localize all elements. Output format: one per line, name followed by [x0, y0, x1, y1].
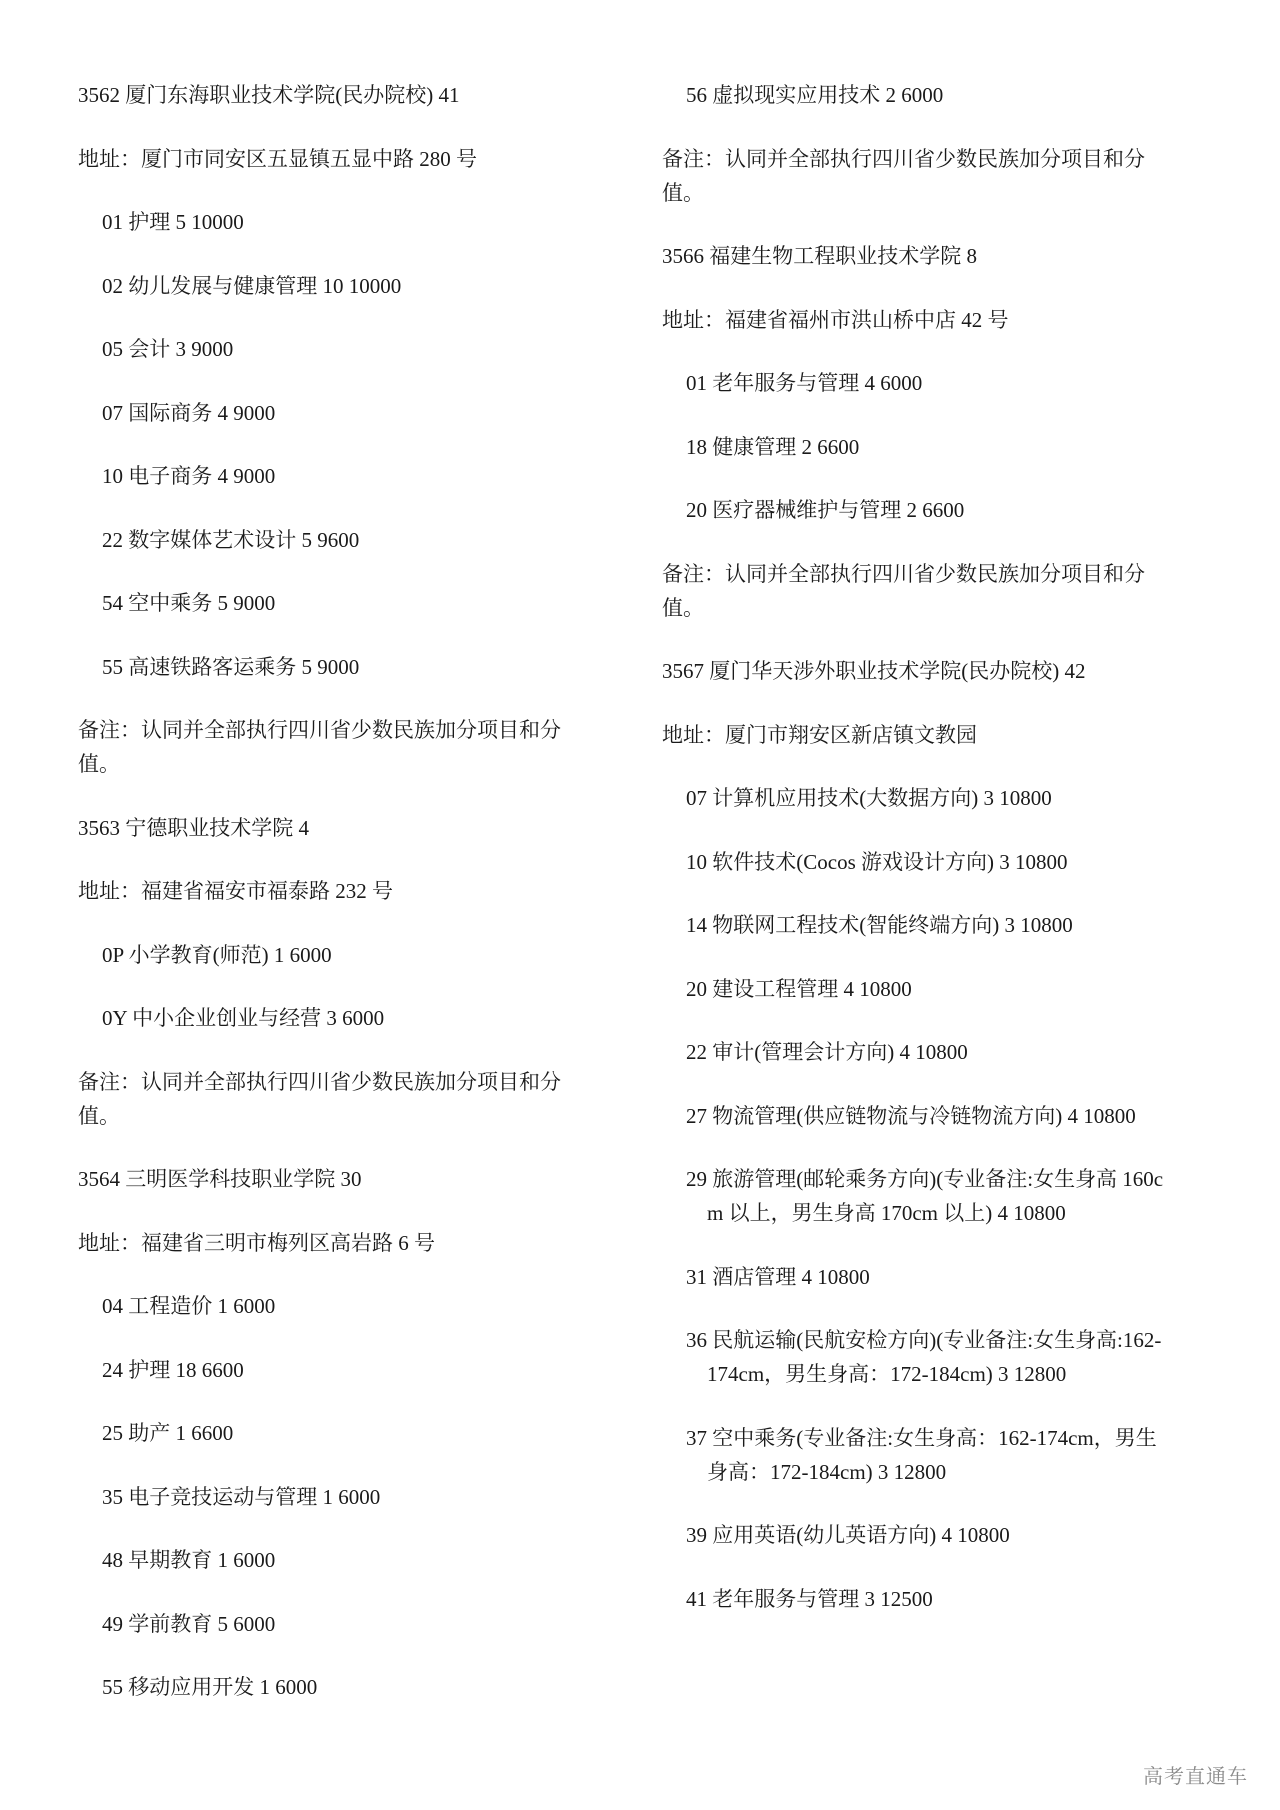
major-item: 36 民航运输(民航安检方向)(专业备注:女生身高:162-174cm，男生身高… — [662, 1323, 1167, 1391]
school-address-3563: 地址：福建省福安市福泰路 232 号 — [78, 874, 588, 908]
school-note-3564: 备注：认同并全部执行四川省少数民族加分项目和分值。 — [662, 142, 1167, 210]
major-item: 0Y 中小企业创业与经营 3 6000 — [78, 1001, 588, 1035]
school-header-3562: 3562 厦门东海职业技术学院(民办院校) 41 — [78, 78, 588, 112]
major-item: 07 计算机应用技术(大数据方向) 3 10800 — [662, 781, 1167, 815]
right-column: 56 虚拟现实应用技术 2 6000 备注：认同并全部执行四川省少数民族加分项目… — [662, 78, 1167, 1645]
school-note-3563: 备注：认同并全部执行四川省少数民族加分项目和分值。 — [78, 1065, 588, 1133]
major-item: 05 会计 3 9000 — [78, 332, 588, 366]
major-item: 20 建设工程管理 4 10800 — [662, 972, 1167, 1006]
major-item: 10 软件技术(Cocos 游戏设计方向) 3 10800 — [662, 845, 1167, 879]
major-item: 29 旅游管理(邮轮乘务方向)(专业备注:女生身高 160cm 以上，男生身高 … — [662, 1162, 1167, 1230]
major-item: 41 老年服务与管理 3 12500 — [662, 1582, 1167, 1616]
school-header-3563: 3563 宁德职业技术学院 4 — [78, 811, 588, 845]
watermark-text: 高考直通车 — [1143, 1760, 1248, 1789]
major-item: 20 医疗器械维护与管理 2 6600 — [662, 493, 1167, 527]
school-address-3562: 地址：厦门市同安区五显镇五显中路 280 号 — [78, 142, 588, 176]
school-address-3564: 地址：福建省三明市梅列区高岩路 6 号 — [78, 1226, 588, 1260]
major-item: 48 早期教育 1 6000 — [78, 1543, 588, 1577]
major-item: 27 物流管理(供应链物流与冷链物流方向) 4 10800 — [662, 1099, 1167, 1133]
major-item: 25 助产 1 6600 — [78, 1416, 588, 1450]
major-item: 07 国际商务 4 9000 — [78, 396, 588, 430]
left-column: 3562 厦门东海职业技术学院(民办院校) 41 地址：厦门市同安区五显镇五显中… — [78, 78, 588, 1734]
major-item: 14 物联网工程技术(智能终端方向) 3 10800 — [662, 908, 1167, 942]
major-item: 10 电子商务 4 9000 — [78, 459, 588, 493]
major-item: 01 护理 5 10000 — [78, 205, 588, 239]
school-address-3566: 地址：福建省福州市洪山桥中店 42 号 — [662, 303, 1167, 337]
school-note-3562: 备注：认同并全部执行四川省少数民族加分项目和分值。 — [78, 713, 588, 781]
major-item: 02 幼儿发展与健康管理 10 10000 — [78, 269, 588, 303]
major-item: 37 空中乘务(专业备注:女生身高：162-174cm，男生身高：172-184… — [662, 1421, 1167, 1489]
major-item: 39 应用英语(幼儿英语方向) 4 10800 — [662, 1518, 1167, 1552]
school-header-3566: 3566 福建生物工程职业技术学院 8 — [662, 239, 1167, 273]
major-item: 31 酒店管理 4 10800 — [662, 1260, 1167, 1294]
school-header-3564: 3564 三明医学科技职业学院 30 — [78, 1162, 588, 1196]
major-item: 56 虚拟现实应用技术 2 6000 — [662, 78, 1167, 112]
school-address-3567: 地址：厦门市翔安区新店镇文教园 — [662, 718, 1167, 752]
major-item: 54 空中乘务 5 9000 — [78, 586, 588, 620]
major-item: 04 工程造价 1 6000 — [78, 1289, 588, 1323]
major-item: 24 护理 18 6600 — [78, 1353, 588, 1387]
school-header-3567: 3567 厦门华天涉外职业技术学院(民办院校) 42 — [662, 654, 1167, 688]
major-item: 49 学前教育 5 6000 — [78, 1607, 588, 1641]
major-item: 22 审计(管理会计方向) 4 10800 — [662, 1035, 1167, 1069]
major-item: 55 移动应用开发 1 6000 — [78, 1670, 588, 1704]
major-item: 01 老年服务与管理 4 6000 — [662, 366, 1167, 400]
major-item: 22 数字媒体艺术设计 5 9600 — [78, 523, 588, 557]
major-item: 0P 小学教育(师范) 1 6000 — [78, 938, 588, 972]
major-item: 18 健康管理 2 6600 — [662, 430, 1167, 464]
major-item: 55 高速铁路客运乘务 5 9000 — [78, 650, 588, 684]
school-note-3566: 备注：认同并全部执行四川省少数民族加分项目和分值。 — [662, 557, 1167, 625]
major-item: 35 电子竞技运动与管理 1 6000 — [78, 1480, 588, 1514]
